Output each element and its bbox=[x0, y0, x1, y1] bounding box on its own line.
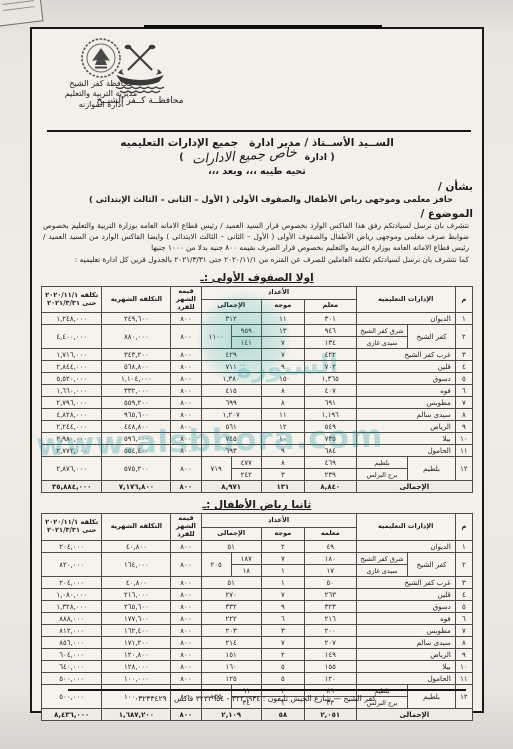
table-row: ٥دسوق١,٣٦٥١٥١,٣٨٠٨٠٠١,١٠٤,٠٠٠٥,٥٢٠,٠٠٠ bbox=[42, 373, 473, 385]
monthly-cost: ٤٠,٨٠٠ bbox=[102, 577, 171, 589]
per-person-rate: ٨٠٠ bbox=[171, 421, 201, 433]
period-cost: ٨,٤٣٦,٠٠٠ bbox=[42, 709, 102, 721]
row-number: ٤ bbox=[455, 361, 472, 373]
row-number: ٨ bbox=[455, 637, 472, 649]
staff-count: ٥٠ bbox=[304, 577, 356, 589]
per-person-rate: ٨٠٠ bbox=[171, 649, 201, 661]
admin-name: سيدى سالم bbox=[356, 637, 455, 649]
period-cost: ٦٠٤,٠٠٠ bbox=[42, 649, 102, 661]
header-divider bbox=[47, 130, 471, 132]
subtotal-count: ٤٧٧ bbox=[231, 457, 261, 469]
total-count: ٥١ bbox=[201, 541, 261, 553]
col-staff: معلمه bbox=[304, 527, 356, 540]
per-person-rate: ٨٠٠ bbox=[171, 589, 201, 601]
row-number: ٢ bbox=[455, 553, 472, 577]
col-admin: الإدارات التعليميه bbox=[356, 286, 455, 313]
ministry-emblem-icon bbox=[43, 37, 159, 79]
monthly-cost: ٤٤٨,٨٠٠ bbox=[102, 421, 171, 433]
total-count: ٢٠٣ bbox=[201, 625, 261, 637]
period-cost: ١,٧١٦,٠٠٠ bbox=[42, 349, 102, 361]
table-row: ٦فوه٢١٦٦٢٢٢٨٠٠١٧٧,٦٠٠٨٨٨,٠٠٠ bbox=[42, 613, 473, 625]
monthly-cost: ١٧٧,٦٠٠ bbox=[102, 613, 171, 625]
staff-count: ١٥٥ bbox=[304, 661, 356, 673]
staff-count: ١٣٤ bbox=[304, 337, 356, 349]
col-period: تكلفه ٢٠٢٠/١١/١ حتى ٢٠٢١/٣/٣١ bbox=[42, 286, 102, 313]
supervisor-count: ٥ bbox=[261, 673, 304, 685]
admin-name: سيدى سالم bbox=[356, 409, 455, 421]
col-supervisor: موجه bbox=[261, 527, 304, 540]
row-number: ٦ bbox=[455, 613, 472, 625]
per-person-rate: ٨٠٠ bbox=[171, 409, 201, 421]
monthly-cost: ٥٧٥,٢٠٠ bbox=[102, 457, 171, 481]
admin-name: الحامول bbox=[356, 673, 455, 685]
per-person-rate: ٨٠٠ bbox=[171, 625, 201, 637]
staff-count: ٧٣٥ bbox=[304, 433, 356, 445]
table-row: ٣غرب كفر الشيخ٤٢٢٧٤٢٩٨٠٠٣٤٣,٢٠٠١,٧١٦,٠٠٠ bbox=[42, 349, 473, 361]
staff-count: ٥٤٩ bbox=[304, 421, 356, 433]
table-row: ١٠بيلا٧٣٥١٠٧٤٥٨٠٠٥٩٦,٠٠٠٢,٩٨٠,٠٠٠ bbox=[42, 433, 473, 445]
staff-count: ٣٠١ bbox=[304, 313, 356, 325]
admin-name: بيلا bbox=[356, 433, 455, 445]
staff-count: ٧٠٢ bbox=[304, 361, 356, 373]
table-row: ٢كفر الشيخشرق كفر الشيخ٩٤٦١٣٩٥٩١١٠٠٨٠٠٨٨… bbox=[42, 325, 473, 337]
monthly-cost: ١٧١,٢٠٠ bbox=[102, 637, 171, 649]
period-cost: ٢٠٤,٠٠٠ bbox=[42, 541, 102, 553]
staff-count: ١٨٠ bbox=[304, 553, 356, 565]
table-row: ١الديوان٣٠١١١٣١٢٨٠٠٢٤٩,٦٠٠١,٢٤٨,٠٠٠ bbox=[42, 313, 473, 325]
supervisor-count: ٩ bbox=[261, 361, 304, 373]
admin-name: فوه bbox=[356, 613, 455, 625]
table-row: ٤قلين٧٠٢٩٧١١٨٠٠٥٦٨,٨٠٠٢,٨٤٤,٠٠٠ bbox=[42, 361, 473, 373]
col-supervisor: موجه bbox=[261, 300, 304, 313]
period-cost: ٥٠٠,٠٠٠ bbox=[42, 673, 102, 685]
subtotal-count: ١٨ bbox=[231, 565, 261, 577]
staff-count: ١,١٩٦ bbox=[304, 409, 356, 421]
total-count: ٧٤٥ bbox=[201, 433, 261, 445]
monthly-cost: ١,١٠٤,٠٠٠ bbox=[102, 373, 171, 385]
supervisor-count: ٣ bbox=[261, 469, 304, 481]
supervisor-count: ٣ bbox=[261, 625, 304, 637]
period-cost: ٢,٨٧٦,٠٠٠ bbox=[42, 457, 102, 481]
total-count: ٢٠٥ bbox=[201, 553, 231, 577]
supervisor-count: ١١ bbox=[261, 409, 304, 421]
per-person-rate: ٨٠٠ bbox=[171, 373, 201, 385]
table-row: ٩الرياض٥٤٩١٢٥٦١٨٠٠٤٤٨,٨٠٠٢,٢٤٤,٠٠٠ bbox=[42, 421, 473, 433]
row-number: ١١ bbox=[455, 445, 472, 457]
per-person-rate: ٨٠٠ bbox=[171, 349, 201, 361]
supervisor-count: ٢ bbox=[261, 649, 304, 661]
table1-body: ١الديوان٣٠١١١٣١٢٨٠٠٢٤٩,٦٠٠١,٢٤٨,٠٠٠٢كفر … bbox=[42, 313, 473, 493]
staff-count: ٤٢٢ bbox=[304, 349, 356, 361]
row-number: ٢ bbox=[455, 325, 472, 349]
total-count: ٤٢٩ bbox=[201, 349, 261, 361]
col-rate: قيمه الشهر للفرد bbox=[171, 286, 201, 313]
table-total-row: الإجمالى٢,٠٥١٥٨٢,١٠٩٨٠٠١,٦٨٧,٢٠٠٨,٤٣٦,٠٠… bbox=[42, 709, 473, 721]
total-count: ٦٩٩ bbox=[201, 397, 261, 409]
supervisor-count: ١١ bbox=[261, 313, 304, 325]
admin-name: دسوق bbox=[356, 601, 455, 613]
table-row: ١٠بيلا١٥٥٥١٦٠٨٠٠١٢٨,٠٠٠٦٤٠,٠٠٠ bbox=[42, 661, 473, 673]
per-person-rate: ٨٠٠ bbox=[171, 457, 201, 481]
total-count: ٧١١ bbox=[201, 361, 261, 373]
ministry-block: محافظة كفر الشيخ مديرية التربية والتعليم… bbox=[43, 37, 159, 110]
admin-name: قلين bbox=[356, 361, 455, 373]
period-cost: ٨١٢,٠٠٠ bbox=[42, 625, 102, 637]
monthly-cost: ٢٤٩,٦٠٠ bbox=[102, 313, 171, 325]
monthly-cost: ٤٠,٨٠٠ bbox=[102, 541, 171, 553]
table-row: ٩الرياض١٤٩٢١٥١٨٠٠١٢٠,٨٠٠٦٠٤,٠٠٠ bbox=[42, 649, 473, 661]
footer-address-line: كفر الشيخ — شارع الجيش تليفون : ٣٢٢٦٩٣٤ … bbox=[32, 694, 482, 703]
table-row: ١الديوان٤٩٢٥١٨٠٠٤٠,٨٠٠٢٠٤,٠٠٠ bbox=[42, 541, 473, 553]
row-number: ٨ bbox=[455, 409, 472, 421]
total-count: ١٥١ bbox=[201, 649, 261, 661]
org-line-3: ادارة الموازنه bbox=[43, 100, 159, 110]
total-count: ٦٩٣ bbox=[201, 445, 261, 457]
corner-stamp bbox=[0, 0, 44, 27]
monthly-cost: ١,٦٨٧,٢٠٠ bbox=[102, 709, 171, 721]
per-person-rate: ٨٠٠ bbox=[171, 553, 201, 577]
monthly-cost: ٥٥٤,٤٠٠ bbox=[102, 445, 171, 457]
table2-header: م الإدارات التعليميه الأعداد قيمه الشهر … bbox=[42, 514, 473, 541]
staff-count: ٩٤٦ bbox=[304, 325, 356, 337]
staff-count: ٢٦٣ bbox=[304, 589, 356, 601]
table-row: ٣غرب كفر الشيخ٥٠١٥١٨٠٠٤٠,٨٠٠٢٠٤,٠٠٠ bbox=[42, 577, 473, 589]
footer-divider bbox=[68, 689, 466, 692]
staff-count: ١٧ bbox=[304, 565, 356, 577]
greeting-line: تحيه طيبه ،،، وبعد ،،، bbox=[41, 166, 473, 177]
period-cost: ١,٢٤٨,٠٠٠ bbox=[42, 313, 102, 325]
table-row: ١١الحامول٦٨٤٩٦٩٣٨٠٠٥٥٤,٤٠٠٢,٧٧٢,٠٠٠ bbox=[42, 445, 473, 457]
per-person-rate: ٨٠٠ bbox=[171, 481, 201, 493]
supervisor-count: ٧ bbox=[261, 637, 304, 649]
admin-name: مطوبس bbox=[356, 625, 455, 637]
monthly-cost: ٣٤٣,٢٠٠ bbox=[102, 349, 171, 361]
col-counts: الأعداد bbox=[201, 514, 356, 527]
regarding-label: بشأن / bbox=[41, 181, 473, 193]
scanned-letter-page: محافظــة كــفر الشيــخ محافظة كفر الشيخ … bbox=[0, 0, 513, 749]
supervisor-count: ٧ bbox=[261, 337, 304, 349]
col-counts: الأعداد bbox=[201, 286, 356, 299]
total-label: الإجمالى bbox=[356, 709, 472, 721]
admin-name: غرب كفر الشيخ bbox=[356, 349, 455, 361]
admin-name: كفر الشيخ bbox=[408, 553, 455, 577]
per-person-rate: ٨٠٠ bbox=[171, 313, 201, 325]
row-number: ٣ bbox=[455, 577, 472, 589]
per-person-rate: ٨٠٠ bbox=[171, 325, 201, 349]
per-person-rate: ٨٠٠ bbox=[171, 661, 201, 673]
per-person-rate: ٨٠٠ bbox=[171, 601, 201, 613]
period-cost: ٨٨٨,٠٠٠ bbox=[42, 613, 102, 625]
col-staff: معلم bbox=[304, 300, 356, 313]
regarding-text: حافز معلمى وموجهى رياض الأطفال والصفوف ا… bbox=[41, 194, 453, 204]
col-monthly: التكلفه الشهريه bbox=[102, 514, 171, 541]
supervisor-count: ١٠ bbox=[261, 433, 304, 445]
admin-name: فوه bbox=[356, 385, 455, 397]
total-count: ٥١ bbox=[201, 577, 261, 589]
supervisor-count: ٨ bbox=[261, 397, 304, 409]
row-number: ٩ bbox=[455, 649, 472, 661]
row-number: ٤ bbox=[455, 589, 472, 601]
total-count: ٢٢٢ bbox=[201, 613, 261, 625]
staff-count: ١٤٩ bbox=[304, 649, 356, 661]
total-count: ٥٦١ bbox=[201, 421, 261, 433]
period-cost: ٨٥٦,٠٠٠ bbox=[42, 637, 102, 649]
row-number: ١٠ bbox=[455, 661, 472, 673]
period-cost: ٢,٧٩٦,٠٠٠ bbox=[42, 397, 102, 409]
row-number: ١٢ bbox=[455, 457, 472, 481]
total-count: ٧١٩ bbox=[201, 457, 231, 481]
staff-count: ٢٣٩ bbox=[304, 469, 356, 481]
admin-name: كفر الشيخ bbox=[408, 325, 455, 349]
admin-name: الرياض bbox=[356, 649, 455, 661]
monthly-cost: ٥٩٦,٠٠٠ bbox=[102, 433, 171, 445]
col-total: الإجمالى bbox=[201, 527, 261, 540]
department-prefix: ( ادارة bbox=[305, 152, 335, 163]
staff-count: ٢٠٧ bbox=[304, 637, 356, 649]
supervisor-count: ١٣١ bbox=[261, 481, 304, 493]
per-person-rate: ٨٠٠ bbox=[171, 445, 201, 457]
department-suffix: ) bbox=[179, 152, 183, 163]
document-frame: محافظــة كــفر الشيــخ محافظة كفر الشيخ … bbox=[30, 27, 484, 713]
staff-count: ٦٨٤ bbox=[304, 445, 356, 457]
total-count: ٢١٤ bbox=[201, 637, 261, 649]
supervisor-count: ١ bbox=[261, 577, 304, 589]
letter-footer: كفر الشيخ — شارع الجيش تليفون : ٣٢٢٦٩٣٤ … bbox=[32, 689, 482, 704]
subtotal-count: ١٤١ bbox=[231, 337, 261, 349]
total-count: ٣١٢ bbox=[201, 313, 261, 325]
staff-count: ٢٠٠ bbox=[304, 625, 356, 637]
sub-admin-name: سيدى غازى bbox=[356, 565, 408, 577]
per-person-rate: ٨٠٠ bbox=[171, 577, 201, 589]
sub-admin-name: شرق كفر الشيخ bbox=[356, 325, 408, 337]
monthly-cost: ١٦٢,٤٠٠ bbox=[102, 625, 171, 637]
per-person-rate: ٨٠٠ bbox=[171, 613, 201, 625]
sub-admin-name: برج البرلس bbox=[356, 469, 408, 481]
admin-name: دسوق bbox=[356, 373, 455, 385]
monthly-cost: ١٠٠,٠٠٠ bbox=[102, 673, 171, 685]
per-person-rate: ٨٠٠ bbox=[171, 541, 201, 553]
col-period: تكلفه ٢٠٢٠/١١/١ حتى ٢٠٢١/٣/٣١ bbox=[42, 514, 102, 541]
period-cost: ١,٠٨٠,٠٠٠ bbox=[42, 589, 102, 601]
col-rate: قيمه الشهر للفرد bbox=[171, 514, 201, 541]
monthly-cost: ٥٥٩,٢٠٠ bbox=[102, 397, 171, 409]
row-number: ٣ bbox=[455, 349, 472, 361]
period-cost: ٥,٥٢٠,٠٠٠ bbox=[42, 373, 102, 385]
period-cost: ١,٦٦٠,٠٠٠ bbox=[42, 385, 102, 397]
table-row: ٨سيدى سالم١,١٩٦١١١,٢٠٧٨٠٠٩٦٥,٦٠٠٤,٨٢٨,٠٠… bbox=[42, 409, 473, 421]
staff-count: ٦٩١ bbox=[304, 397, 356, 409]
supervisor-count: ٢ bbox=[261, 541, 304, 553]
table-row: ١٢بلطيمبلطيم٤٦٩٨٤٧٧٧١٩٨٠٠٥٧٥,٢٠٠٢,٨٧٦,٠٠… bbox=[42, 457, 473, 469]
col-admin: الإدارات التعليميه bbox=[356, 514, 455, 541]
total-count: ١٢٥ bbox=[201, 673, 261, 685]
document-content: محافظــة كــفر الشيــخ محافظة كفر الشيخ … bbox=[32, 29, 482, 711]
total-count: ١,٣٨٠ bbox=[201, 373, 261, 385]
supervisor-count: ١٣ bbox=[261, 325, 304, 337]
table-row: ٤قلين٢٦٣٧٢٧٠٨٠٠٢١٦,٠٠٠١,٠٨٠,٠٠٠ bbox=[42, 589, 473, 601]
monthly-cost: ٢٦٥,٦٠٠ bbox=[102, 601, 171, 613]
supervisor-count: ٥٨ bbox=[261, 709, 304, 721]
row-number: ١ bbox=[455, 541, 472, 553]
admin-name: الديوان bbox=[356, 313, 455, 325]
table-row: ١١الحامول١٢٠٥١٢٥٨٠٠١٠٠,٠٠٠٥٠٠,٠٠٠ bbox=[42, 673, 473, 685]
letterhead: محافظــة كــفر الشيــخ محافظة كفر الشيخ … bbox=[41, 35, 473, 129]
subtotal-count: ١٨٧ bbox=[231, 553, 261, 565]
admin-name: غرب كفر الشيخ bbox=[356, 577, 455, 589]
per-person-rate: ٨٠٠ bbox=[171, 637, 201, 649]
staff-count: ١٢٠ bbox=[304, 673, 356, 685]
period-cost: ٢٠٤,٠٠٠ bbox=[42, 577, 102, 589]
col-number: م bbox=[455, 514, 472, 541]
org-line-2: مديرية التربية والتعليم bbox=[43, 89, 159, 99]
table-row: ٧مطوبس٢٠٠٣٢٠٣٨٠٠١٦٢,٤٠٠٨١٢,٠٠٠ bbox=[42, 625, 473, 637]
total-count: ٨,٩٧١ bbox=[201, 481, 261, 493]
admin-name: بلطيم bbox=[408, 457, 455, 481]
per-person-rate: ٨٠٠ bbox=[171, 385, 201, 397]
first-grades-table: م الإدارات التعليميه الأعداد قيمه الشهر … bbox=[41, 286, 473, 494]
table-row: ٧مطوبس٦٩١٨٦٩٩٨٠٠٥٥٩,٢٠٠٢,٧٩٦,٠٠٠ bbox=[42, 397, 473, 409]
period-cost: ٤,٨٢٨,٠٠٠ bbox=[42, 409, 102, 421]
per-person-rate: ٨٠٠ bbox=[171, 361, 201, 373]
staff-count: ٨,٨٤٠ bbox=[304, 481, 356, 493]
subtotal-count: ٢٤٢ bbox=[231, 469, 261, 481]
staff-count: ١,٣٦٥ bbox=[304, 373, 356, 385]
row-number: ١٠ bbox=[455, 433, 472, 445]
table-row: ٦فوه٤٠٧٨٤١٥٨٠٠٣٣٢,٠٠٠١,٦٦٠,٠٠٠ bbox=[42, 385, 473, 397]
supervisor-count: ٨ bbox=[261, 457, 304, 469]
monthly-cost: ١٢٠,٨٠٠ bbox=[102, 649, 171, 661]
period-cost: ٢,٧٧٢,٠٠٠ bbox=[42, 445, 102, 457]
supervisor-count: ٨ bbox=[261, 385, 304, 397]
row-number: ٥ bbox=[455, 373, 472, 385]
per-person-rate: ٨٠٠ bbox=[171, 397, 201, 409]
monthly-cost: ٩٦٥,٦٠٠ bbox=[102, 409, 171, 421]
monthly-cost: ٨٨٠,٠٠٠ bbox=[102, 325, 171, 349]
total-count: ٣٣٢ bbox=[201, 601, 261, 613]
table1-title: اولا الصفوف الأولى :ـ bbox=[41, 272, 473, 284]
table-total-row: الإجمالى٨,٨٤٠١٣١٨,٩٧١٨٠٠٧,١٧٦,٨٠٠٣٥,٨٨٤,… bbox=[42, 481, 473, 493]
admin-name: بيلا bbox=[356, 661, 455, 673]
supervisor-count: ٩ bbox=[261, 601, 304, 613]
row-number: ١ bbox=[455, 313, 472, 325]
department-line: ( ادارةخاص جميع الادارات) bbox=[41, 149, 473, 164]
col-total: الإجمالى bbox=[201, 300, 261, 313]
per-person-rate: ٨٠٠ bbox=[171, 709, 201, 721]
row-number: ٩ bbox=[455, 421, 472, 433]
total-count: ٢٧٠ bbox=[201, 589, 261, 601]
row-number: ٧ bbox=[455, 625, 472, 637]
staff-count: ٢,٠٥١ bbox=[304, 709, 356, 721]
supervisor-count: ٧ bbox=[261, 349, 304, 361]
sub-admin-name: بلطيم bbox=[356, 457, 408, 469]
admin-name: الديوان bbox=[356, 541, 455, 553]
subtotal-count: ٩٥٩ bbox=[231, 325, 261, 337]
supervisor-count: ٧ bbox=[261, 589, 304, 601]
staff-count: ٤٦٩ bbox=[304, 457, 356, 469]
supervisor-count: ١٥ bbox=[261, 373, 304, 385]
supervisor-count: ٩ bbox=[261, 445, 304, 457]
table-row: ٥دسوق٣٢٣٩٣٣٢٨٠٠٢٦٥,٦٠٠١,٣٢٨,٠٠٠ bbox=[42, 601, 473, 613]
period-cost: ٦٤٠,٠٠٠ bbox=[42, 661, 102, 673]
total-count: ١,٢٠٧ bbox=[201, 409, 261, 421]
monthly-cost: ١٢٨,٠٠٠ bbox=[102, 661, 171, 673]
per-person-rate: ٨٠٠ bbox=[171, 433, 201, 445]
monthly-cost: ٣٣٢,٠٠٠ bbox=[102, 385, 171, 397]
subject-label: الموضوع / bbox=[41, 208, 473, 220]
monthly-cost: ٢١٦,٠٠٠ bbox=[102, 589, 171, 601]
period-cost: ٢,٩٨٠,٠٠٠ bbox=[42, 433, 102, 445]
supervisor-count: ٥ bbox=[261, 661, 304, 673]
monthly-cost: ٧,١٧٦,٨٠٠ bbox=[102, 481, 171, 493]
total-label: الإجمالى bbox=[356, 481, 472, 493]
period-cost: ٨٢٠,٠٠٠ bbox=[42, 553, 102, 577]
period-cost: ٣٥,٨٨٤,٠٠٠ bbox=[42, 481, 102, 493]
total-count: ١١٠٠ bbox=[201, 325, 231, 349]
admin-name: قلين bbox=[356, 589, 455, 601]
period-cost: ٢,٢٤٤,٠٠٠ bbox=[42, 421, 102, 433]
table-row: ٢كفر الشيخشرق كفر الشيخ١٨٠٧١٨٧٢٠٥٨٠٠١٦٤,… bbox=[42, 553, 473, 565]
col-monthly: التكلفه الشهريه bbox=[102, 286, 171, 313]
row-number: ٦ bbox=[455, 385, 472, 397]
subject-paragraph-2: كما نتشرف بان نرسل لسيادتكم تكلفه العامل… bbox=[43, 255, 469, 266]
total-count: ٤١٥ bbox=[201, 385, 261, 397]
col-number: م bbox=[455, 286, 472, 313]
supervisor-count: ١٢ bbox=[261, 421, 304, 433]
monthly-cost: ٥٦٨,٨٠٠ bbox=[102, 361, 171, 373]
staff-count: ٢١٦ bbox=[304, 613, 356, 625]
subject-paragraph-1: نتشرف بان نرسل لسيادتكم رفق هذا الفاكس ا… bbox=[43, 221, 469, 254]
supervisor-count: ٦ bbox=[261, 613, 304, 625]
table-row: ٨سيدى سالم٢٠٧٧٢١٤٨٠٠١٧١,٢٠٠٨٥٦,٠٠٠ bbox=[42, 637, 473, 649]
staff-count: ٤٠٧ bbox=[304, 385, 356, 397]
admin-name: الحامول bbox=[356, 445, 455, 457]
period-cost: ٤,٤٠٠,٠٠٠ bbox=[42, 325, 102, 349]
staff-count: ٤٩ bbox=[304, 541, 356, 553]
total-count: ٢,١٠٩ bbox=[201, 709, 261, 721]
staff-count: ٣٢٣ bbox=[304, 601, 356, 613]
admin-name: مطوبس bbox=[356, 397, 455, 409]
monthly-cost: ١٦٤,٠٠٠ bbox=[102, 553, 171, 577]
sub-admin-name: شرق كفر الشيخ bbox=[356, 553, 408, 565]
org-line-1: محافظة كفر الشيخ bbox=[43, 79, 159, 89]
period-cost: ٢,٨٤٤,٠٠٠ bbox=[42, 361, 102, 373]
total-count: ١٦٠ bbox=[201, 661, 261, 673]
sub-admin-name: سيدى غازى bbox=[356, 337, 408, 349]
period-cost: ١,٣٢٨,٠٠٠ bbox=[42, 601, 102, 613]
supervisor-count: ٧ bbox=[261, 553, 304, 565]
row-number: ٧ bbox=[455, 397, 472, 409]
handwritten-department: خاص جميع الادارات bbox=[191, 145, 297, 167]
per-person-rate: ٨٠٠ bbox=[171, 673, 201, 685]
table2-title: ثانيا رياض الأطفال :ـ bbox=[41, 499, 473, 511]
supervisor-count: ١ bbox=[261, 565, 304, 577]
row-number: ٥ bbox=[455, 601, 472, 613]
row-number: ١١ bbox=[455, 673, 472, 685]
admin-name: الرياض bbox=[356, 421, 455, 433]
table1-header: م الإدارات التعليميه الأعداد قيمه الشهر … bbox=[42, 286, 473, 313]
